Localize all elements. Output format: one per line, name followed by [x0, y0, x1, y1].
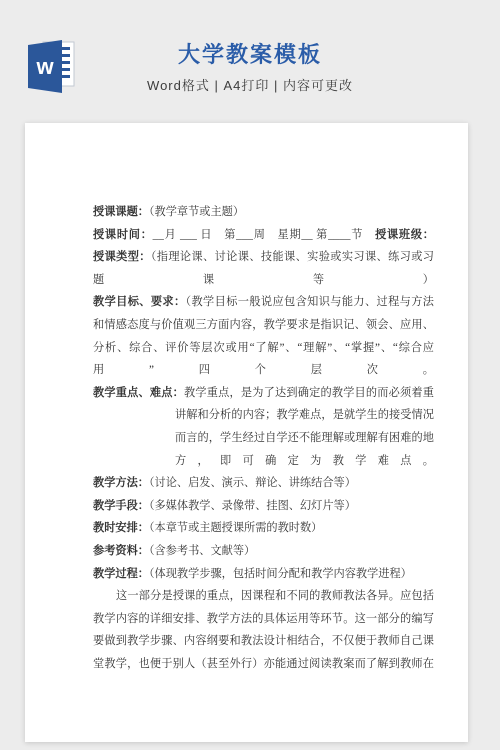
doc-paragraph: 授课课题：（教学章节或主题）: [93, 201, 434, 224]
doc-label: 教时安排：: [93, 522, 149, 534]
doc-label: 教学手段：: [93, 500, 149, 512]
doc-label: 教学过程：: [93, 568, 149, 580]
doc-label: 教学方法：: [93, 477, 149, 489]
doc-text: （本章节或主题授课所需的教时数）: [149, 522, 322, 534]
word-icon-letter: w: [35, 54, 54, 79]
doc-paragraph: 授课时间：__月 ___ 日 第___周 星期__ 第____节 授课班级：: [93, 224, 434, 247]
doc-label: 教学重点、难点：: [93, 387, 184, 399]
doc-label: 教学目标、要求：: [93, 296, 186, 308]
doc-text: （教学章节或主题）: [149, 206, 244, 218]
doc-text: （讨论、启发、演示、辩论、讲练结合等）: [149, 477, 356, 489]
doc-paragraph: 教学手段：（多媒体教学、录像带、挂图、幻灯片等）: [93, 495, 434, 518]
doc-paragraph: 教时安排：（本章节或主题授课所需的教时数）: [93, 517, 434, 540]
doc-paragraph: 这一部分是授课的重点，因课程和不同的教师教法各异。应包括教学内容的详细安排、教学…: [93, 585, 434, 675]
doc-paragraph: 教学重点、难点：教学重点，是为了达到确定的教学目的而必须着重讲解和分析的内容；教…: [93, 382, 434, 472]
doc-paragraph: 教学过程：（体现教学步骤，包括时间分配和教学内容教学进程）: [93, 563, 434, 586]
document-preview-page: 授课课题：（教学章节或主题）授课时间：__月 ___ 日 第___周 星期__ …: [25, 123, 468, 742]
doc-text: （多媒体教学、录像带、挂图、幻灯片等）: [149, 500, 356, 512]
document-content: 授课课题：（教学章节或主题）授课时间：__月 ___ 日 第___周 星期__ …: [93, 201, 434, 675]
doc-paragraph: 教学方法：（讨论、启发、演示、辩论、讲练结合等）: [93, 472, 434, 495]
doc-paragraph: 教学目标、要求：（教学目标一般说应包含知识与能力、过程与方法和情感态度与价值观三…: [93, 291, 434, 381]
doc-text: （含参考书、文献等）: [149, 545, 255, 557]
doc-paragraph: 授课类型：（指理论课、讨论课、技能课、实验或实习课、练习或习题课等）: [93, 246, 434, 291]
doc-label: 授课课题：: [93, 206, 149, 218]
doc-label: 参考资料：: [93, 545, 149, 557]
doc-label: 授课类型：: [93, 251, 151, 263]
word-logo-icon: w: [28, 40, 76, 93]
doc-paragraph: 参考资料：（含参考书、文献等）: [93, 540, 434, 563]
doc-text: 这一部分是授课的重点，因课程和不同的教师教法各异。应包括教学内容的详细安排、教学…: [93, 590, 434, 670]
doc-text: （体现教学步骤，包括时间分配和教学内容教学进程）: [149, 568, 412, 580]
doc-text: 教学重点，是为了达到确定的教学目的而必须着重讲解和分析的内容；教学难点，是就学生…: [175, 387, 434, 467]
doc-label: 授课班级：: [375, 229, 434, 241]
doc-label: 授课时间：: [93, 229, 153, 241]
doc-text: __月 ___ 日 第___周 星期__ 第____节: [153, 229, 375, 241]
header: w 大学教案模板 Word格式 | A4打印 | 内容可更改: [0, 0, 500, 94]
preview-background: w 大学教案模板 Word格式 | A4打印 | 内容可更改 授课课题：（教学章…: [0, 0, 500, 750]
